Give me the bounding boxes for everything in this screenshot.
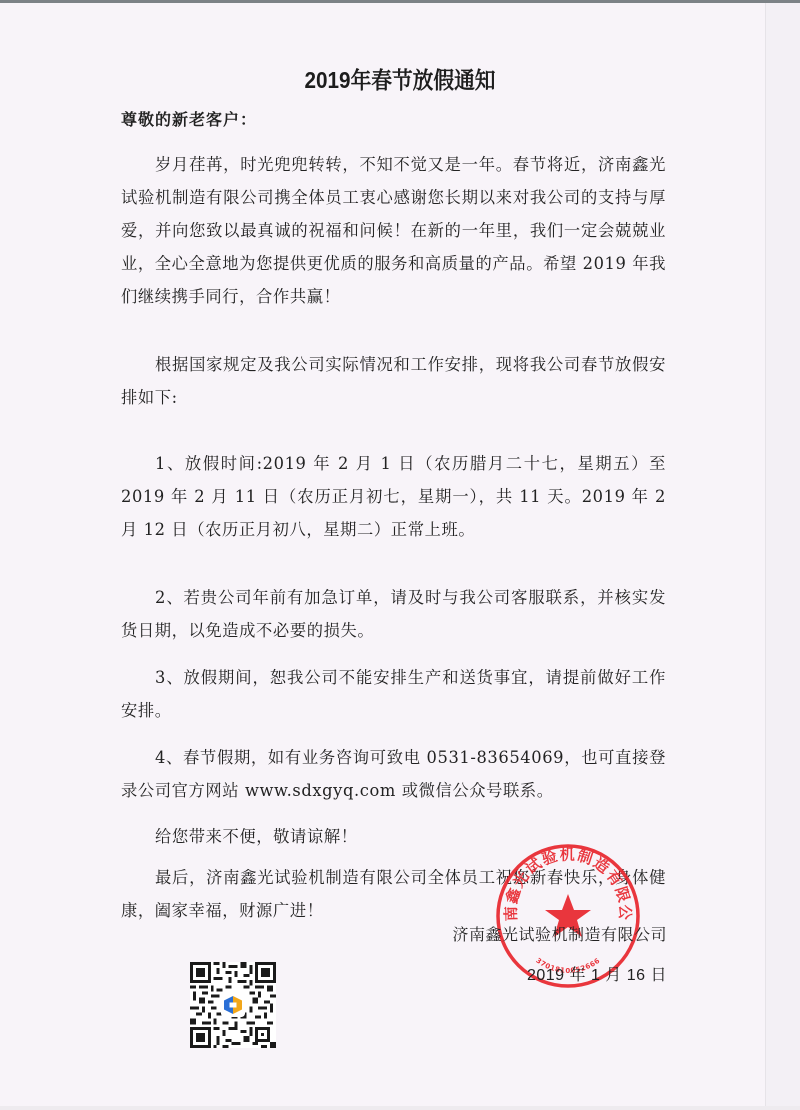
scan-right-edge — [765, 3, 800, 1110]
paragraph-item-3-no-production: 3、放假期间，恕我公司不能安排生产和送货事宜，请提前做好工作安排。 — [121, 661, 666, 727]
signature-company: 济南鑫光试验机制造有限公司 — [452, 922, 667, 945]
notice-page: 2019年春节放假通知 尊敬的新老客户： 岁月荏苒，时光兜兜转转，不知不觉又是一… — [0, 0, 800, 1110]
notice-title: 2019年春节放假通知 — [40, 62, 760, 95]
paragraph-item-1-holiday-time: 1、放假时间:2019 年 2 月 1 日（农历腊月二十七，星期五）至 2019… — [121, 447, 666, 546]
signature-date: 2019 年 1 月 16 日 — [527, 962, 667, 985]
paragraph-item-4-contact: 4、春节假期，如有业务咨询可致电 0531-83654069，也可直接登录公司官… — [121, 741, 666, 807]
paragraph-greeting: 岁月荏苒，时光兜兜转转，不知不觉又是一年。春节将近，济南鑫光试验机制造有限公司携… — [121, 148, 666, 313]
paragraph-item-2-urgent-orders: 2、若贵公司年前有加急订单，请及时与我公司客服联系，并核实发货日期，以免造成不必… — [121, 581, 666, 647]
scan-bottom-edge — [0, 1106, 800, 1110]
salutation: 尊敬的新老客户： — [121, 107, 257, 130]
paragraph-intro-arrangement: 根据国家规定及我公司实际情况和工作安排，现将我公司春节放假安排如下: — [121, 348, 666, 414]
scan-top-edge — [0, 0, 800, 3]
qr-code-icon[interactable] — [190, 962, 276, 1048]
